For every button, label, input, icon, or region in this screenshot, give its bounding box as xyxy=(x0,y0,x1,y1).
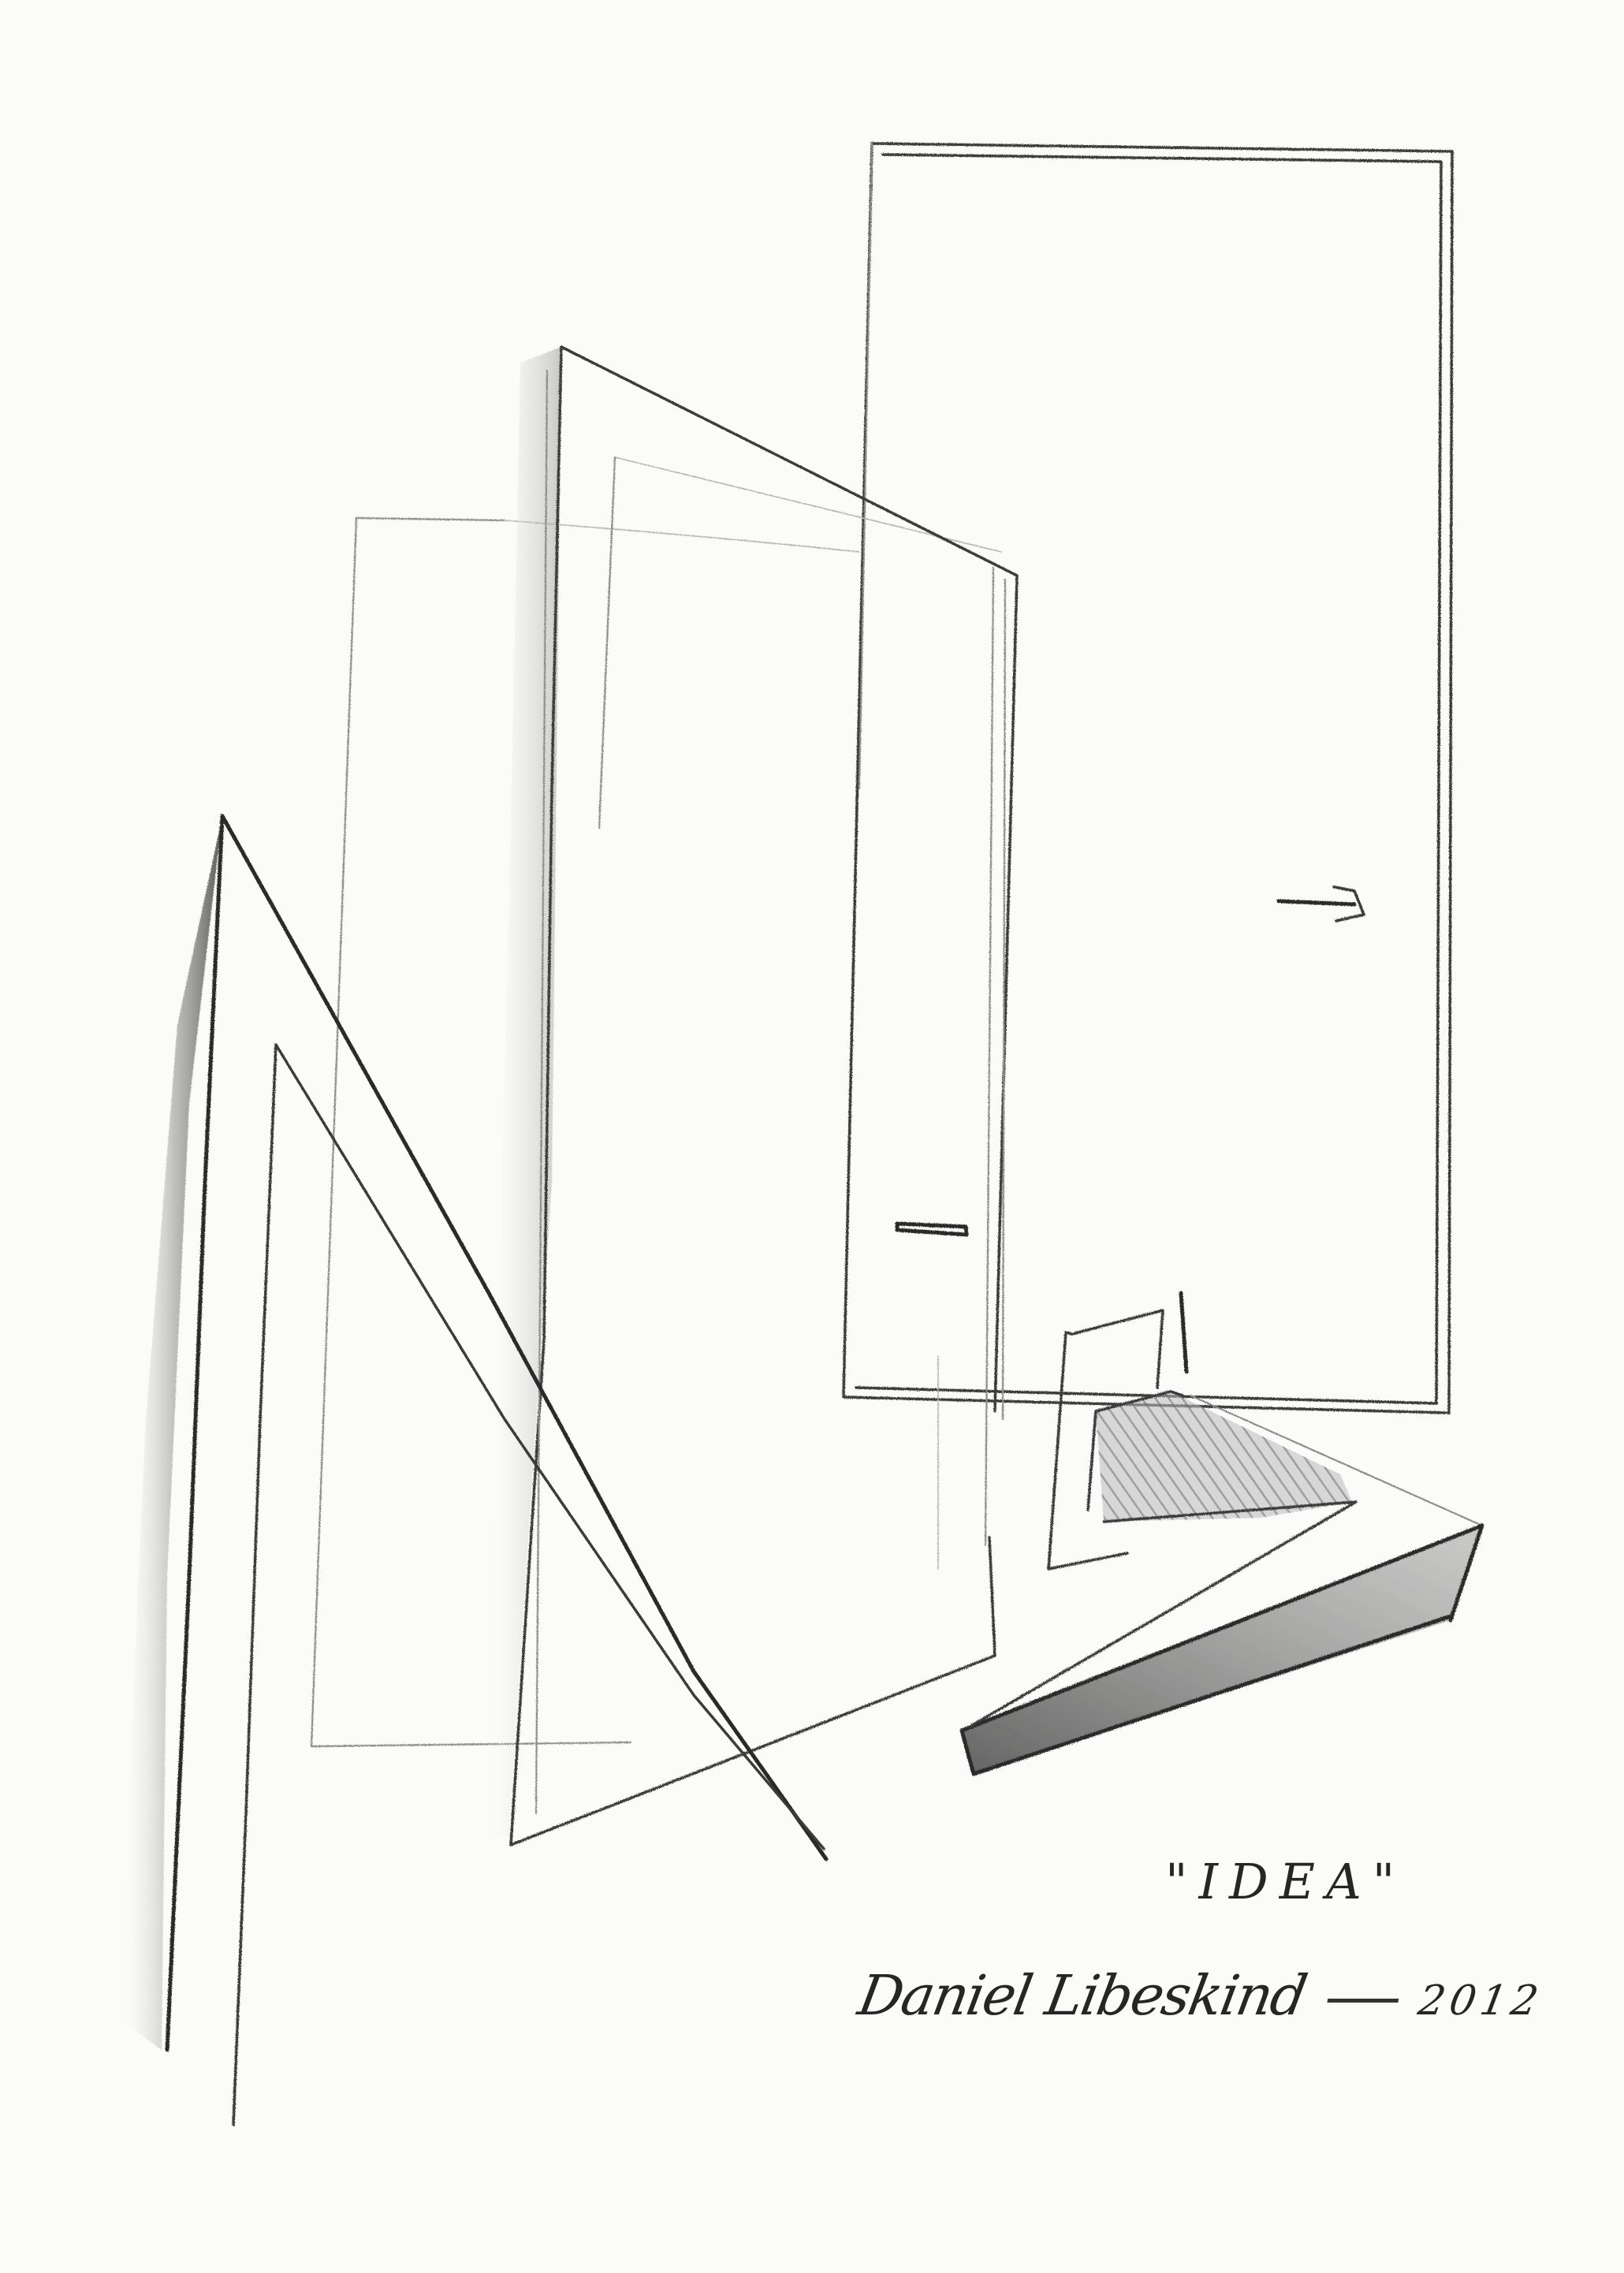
floor-wedge xyxy=(962,1392,1482,1774)
artwork-title: "IDEA" xyxy=(1165,1853,1406,1910)
sketch-sheet: "IDEA" Daniel Libeskind2012 xyxy=(0,0,1624,2273)
signature-dash xyxy=(1328,1999,1399,2003)
latch-slot xyxy=(897,1224,967,1235)
artwork-year: 2012 xyxy=(1415,1977,1547,2025)
door-handle-icon xyxy=(1279,887,1364,921)
folding-panel xyxy=(482,347,1017,1845)
artist-name: Daniel Libeskind xyxy=(854,1963,1311,2028)
sketch-drawing xyxy=(0,0,1624,2273)
door-frame xyxy=(844,143,1452,1413)
faint-pane xyxy=(311,457,1001,1746)
triangular-wedge xyxy=(118,816,826,2125)
artist-signature: Daniel Libeskind2012 xyxy=(854,1963,1549,2028)
